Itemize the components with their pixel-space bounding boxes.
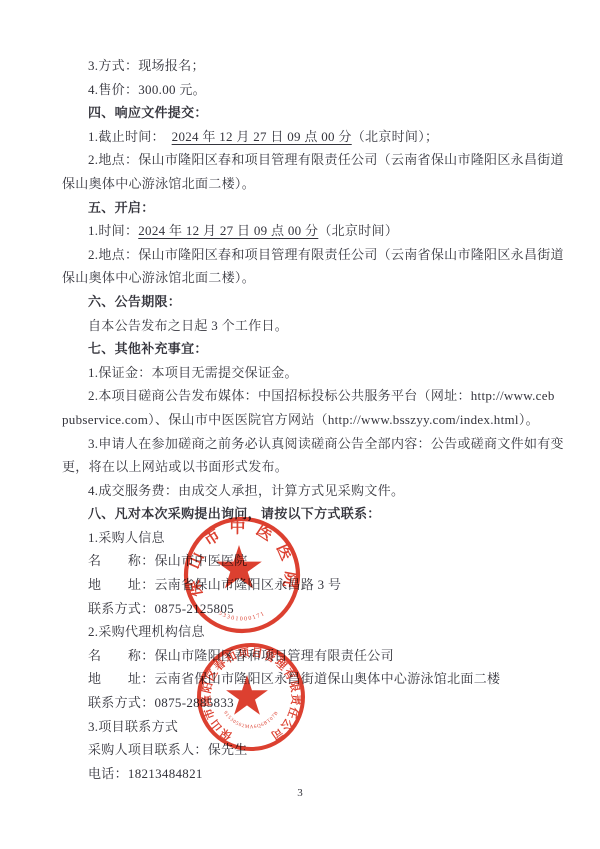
- doc-line: 保山奥体中心游泳馆北面二楼）。: [62, 172, 542, 196]
- document-body: 3.方式：现场报名； 4.售价：300.00 元。 四、响应文件提交： 1.截止…: [62, 54, 542, 785]
- doc-line: 2.本项目磋商公告发布媒体：中国招标投标公共服务平台（网址：http://www…: [62, 384, 542, 408]
- page-number: 3: [0, 787, 600, 799]
- doc-line: 3.申请人在参加磋商之前务必认真阅读磋商公告全部内容：公告或磋商文件如有变: [62, 432, 542, 456]
- purchaser-address-line: 地 址：云南省保山市隆阳区永昌路 3 号: [62, 573, 542, 597]
- line-prefix: 1.时间：: [88, 223, 138, 238]
- agency-name-line: 名 称：保山市隆阳区春和项目管理有限责任公司: [62, 644, 542, 668]
- doc-line: 3.项目联系方式: [62, 715, 542, 739]
- agency-address-line: 地 址：云南省保山市隆阳区永昌街道保山奥体中心游泳馆北面二楼: [62, 667, 542, 691]
- doc-line: 4.成交服务费：由成交人承担，计算方式见采购文件。: [62, 479, 542, 503]
- doc-line: 2.地点：保山市隆阳区春和项目管理有限责任公司（云南省保山市隆阳区永昌街道: [62, 148, 542, 172]
- line-prefix: 1.截止时间：: [88, 129, 172, 144]
- section-heading: 四、响应文件提交：: [62, 101, 542, 125]
- document-page: 3.方式：现场报名； 4.售价：300.00 元。 四、响应文件提交： 1.截止…: [0, 0, 600, 849]
- deadline-date-underlined: 2024 年 12 月 27 日 09 点 00 分: [172, 129, 352, 144]
- doc-line: 2.地点：保山市隆阳区春和项目管理有限责任公司（云南省保山市隆阳区永昌街道: [62, 243, 542, 267]
- section-heading: 七、其他补充事宜：: [62, 337, 542, 361]
- section-heading: 五、开启：: [62, 196, 542, 220]
- doc-line: 2.采购代理机构信息: [62, 620, 542, 644]
- doc-line: 3.方式：现场报名；: [62, 54, 542, 78]
- section-heading: 六、公告期限：: [62, 290, 542, 314]
- doc-line: 4.售价：300.00 元。: [62, 78, 542, 102]
- doc-line: 1.时间：2024 年 12 月 27 日 09 点 00 分（北京时间）: [62, 219, 542, 243]
- purchaser-phone-line: 联系方式：0875-2125805: [62, 597, 542, 621]
- doc-line: pubservice.com）、保山市中医医院官方网站（http://www.b…: [62, 408, 542, 432]
- doc-line: 1.截止时间： 2024 年 12 月 27 日 09 点 00 分（北京时间）…: [62, 125, 542, 149]
- purchaser-name-line: 名 称：保山市中医医院: [62, 549, 542, 573]
- doc-line: 保山奥体中心游泳馆北面二楼）。: [62, 266, 542, 290]
- doc-line: 更，将在以上网站或以书面形式发布。: [62, 455, 542, 479]
- line-suffix: （北京时间）: [318, 223, 398, 238]
- contact-phone-line: 电话：18213484821: [62, 762, 542, 786]
- doc-line: 自本公告发布之日起 3 个工作日。: [62, 314, 542, 338]
- doc-line: 1.保证金：本项目无需提交保证金。: [62, 361, 542, 385]
- doc-line: 1.采购人信息: [62, 526, 542, 550]
- line-suffix: （北京时间）；: [352, 129, 439, 144]
- section-heading: 八、凡对本次采购提出询问，请按以下方式联系：: [62, 502, 542, 526]
- agency-phone-line: 联系方式：0875-2885833: [62, 691, 542, 715]
- contact-person-line: 采购人项目联系人：保先生: [62, 738, 542, 762]
- opening-date-underlined: 2024 年 12 月 27 日 09 点 00 分: [138, 223, 318, 238]
